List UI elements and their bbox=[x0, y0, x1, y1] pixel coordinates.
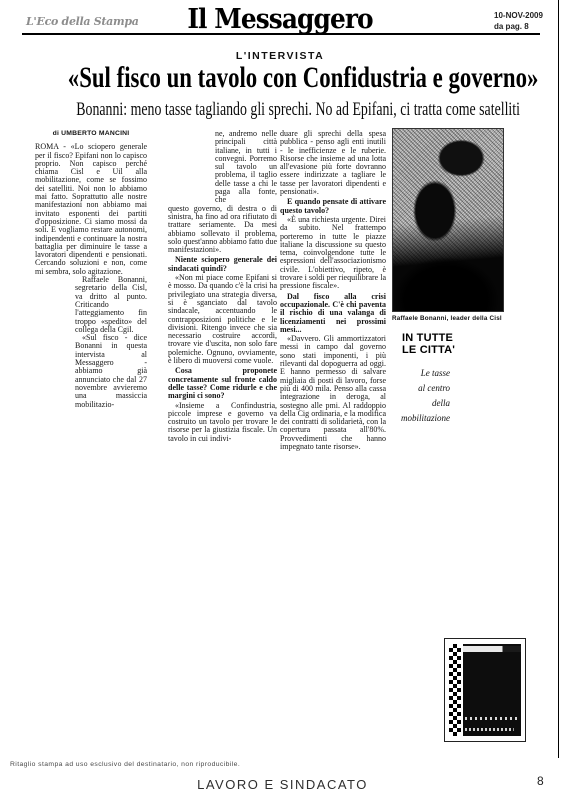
thumbnail-image-block bbox=[463, 644, 521, 736]
column-2-wrapped-block: ne, andremo nelle principali città itali… bbox=[215, 130, 277, 205]
article-paragraph: questo governo, di destra o di sinistra,… bbox=[168, 205, 277, 255]
page-thumbnail bbox=[444, 638, 526, 742]
article-photo-figure: Raffaele Bonanni, leader della Cisl bbox=[392, 128, 504, 322]
photo-caption: Raffaele Bonanni, leader della Cisl bbox=[392, 315, 504, 322]
column-1-wrapped-block: Raffaele Bonanni, segretario della Cisl,… bbox=[75, 276, 147, 409]
article-headline: «Sul fisco un tavolo con Confidustria e … bbox=[68, 62, 497, 94]
article-column-2: ne, andremo nelle principali città itali… bbox=[168, 130, 277, 443]
article-paragraph: ROMA - «Lo sciopero generale per il fisc… bbox=[35, 143, 147, 276]
clipping-page-ref: da pag. 8 bbox=[494, 21, 543, 32]
sidebar-quote: Le tasse al centro della mobilitazione bbox=[390, 366, 450, 426]
article-paragraph: «È una richiesta urgente. Direi da subit… bbox=[280, 216, 386, 291]
article-paragraph: ne, andremo nelle principali città itali… bbox=[215, 130, 277, 205]
interview-question: Cosa proponete concretamente sul fronte … bbox=[168, 367, 277, 400]
article-paragraph: «Non mi piace come Epifani si è mosso. D… bbox=[168, 274, 277, 365]
section-label: LAVORO E SINDACATO bbox=[0, 777, 565, 792]
right-border-line bbox=[558, 0, 559, 758]
sidebar-heading-line1: IN TUTTE bbox=[402, 332, 455, 344]
article-paragraph: «Sul fisco - dice Bonanni in questa inte… bbox=[75, 334, 147, 409]
bonanni-portrait-photo bbox=[392, 128, 504, 312]
article-paragraph: «Davvero. Gli ammortizzatori messi in ca… bbox=[280, 335, 386, 451]
page-number: 8 bbox=[537, 774, 544, 788]
article-paragraph: duare gli sprechi della spesa pubblica -… bbox=[280, 130, 386, 196]
interview-question: E quando pensate di attivare questo tavo… bbox=[280, 198, 386, 215]
thumbnail-checker-strip bbox=[449, 644, 461, 736]
sidebar-heading: IN TUTTE LE CITTA' bbox=[402, 332, 455, 356]
interview-question: Niente sciopero generale dei sindacati q… bbox=[168, 256, 277, 273]
article-paragraph: Raffaele Bonanni, segretario della Cisl,… bbox=[75, 276, 147, 334]
article-byline: di UMBERTO MANCINI bbox=[35, 130, 147, 138]
clipping-date-block: 10-NOV-2009 da pag. 8 bbox=[494, 10, 543, 32]
newspaper-masthead: Il Messaggero bbox=[43, 4, 518, 35]
article-paragraph: «Insieme a Confindustria, piccole impres… bbox=[168, 402, 277, 443]
interview-question: Dal fisco alla crisi occupazionale. C'è … bbox=[280, 293, 386, 334]
clipping-date: 10-NOV-2009 bbox=[494, 10, 543, 21]
sidebar-heading-line2: LE CITTA' bbox=[402, 344, 455, 356]
article-subhead: Bonanni: meno tasse tagliando gli sprech… bbox=[76, 99, 488, 121]
article-column-3: duare gli sprechi della spesa pubblica -… bbox=[280, 130, 386, 451]
article-column-1: di UMBERTO MANCINI ROMA - «Lo sciopero g… bbox=[35, 130, 147, 409]
header-divider-line bbox=[22, 33, 540, 35]
copyright-disclaimer: Ritaglio stampa ad uso esclusivo del des… bbox=[10, 761, 240, 768]
